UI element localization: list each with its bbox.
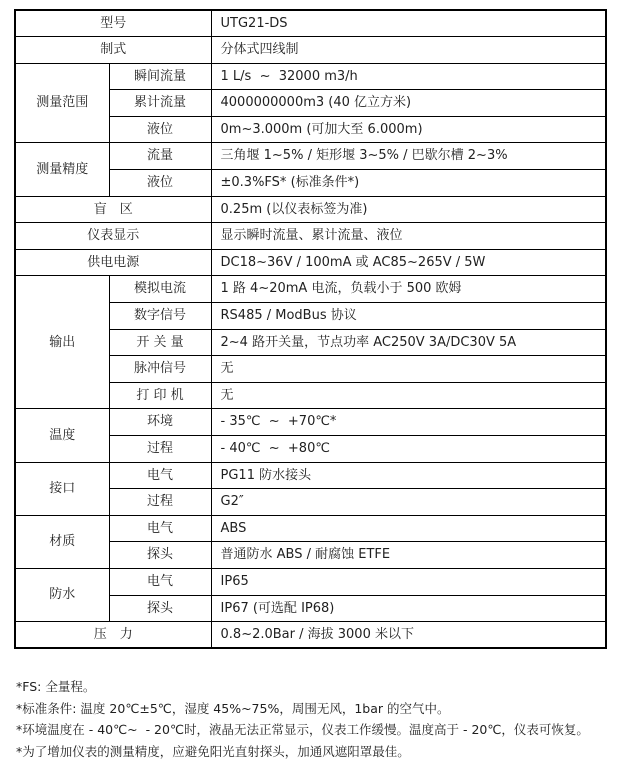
table-row: 盲 区0.25m (以仪表标签为准) — [15, 196, 606, 223]
table-row: 输出模拟电流1 路 4~20mA 电流，负载小于 500 欧姆 — [15, 276, 606, 303]
spec-value-cell: 分体式四线制 — [211, 37, 606, 64]
table-row: 接口电气PG11 防水接头 — [15, 462, 606, 489]
spec-value-cell: 普通防水 ABS / 耐腐蚀 ETFE — [211, 542, 606, 569]
spec-sheet: 型号UTG21-DS制式分体式四线制测量范围瞬间流量1 L/s ~ 32000 … — [0, 0, 623, 767]
spec-sub-label-cell: 环境 — [109, 409, 211, 436]
spec-group-label-cell: 输出 — [15, 276, 109, 409]
spec-sub-label-cell: 探头 — [109, 595, 211, 622]
spec-sub-label-cell: 过程 — [109, 489, 211, 516]
spec-group-label-cell: 防水 — [15, 568, 109, 621]
table-row: 仪表显示显示瞬时流量、累计流量、液位 — [15, 223, 606, 250]
spec-value-cell: 显示瞬时流量、累计流量、液位 — [211, 223, 606, 250]
spec-value-cell: - 35℃ ~ +70℃* — [211, 409, 606, 436]
spec-value-cell: UTG21-DS — [211, 10, 606, 37]
footnote-line: *环境温度在 - 40℃~ - 20℃时，液晶无法正常显示，仪表工作缓慢。温度高… — [16, 719, 616, 741]
table-row: 防水电气IP65 — [15, 568, 606, 595]
spec-group-label-cell: 温度 — [15, 409, 109, 462]
table-row: 温度环境- 35℃ ~ +70℃* — [15, 409, 606, 436]
table-row: 制式分体式四线制 — [15, 37, 606, 64]
spec-value-cell: 0m~3.000m (可加大至 6.000m) — [211, 116, 606, 143]
spec-value-cell: G2″ — [211, 489, 606, 516]
spec-value-cell: 三角堰 1~5% / 矩形堰 3~5% / 巴歇尔槽 2~3% — [211, 143, 606, 170]
spec-value-cell: IP67 (可选配 IP68) — [211, 595, 606, 622]
spec-sub-label-cell: 过程 — [109, 436, 211, 463]
spec-value-cell: ABS — [211, 515, 606, 542]
spec-sub-label-cell: 开 关 量 — [109, 329, 211, 356]
spec-value-cell: 0.8~2.0Bar / 海拔 3000 米以下 — [211, 622, 606, 649]
table-row: 材质电气ABS — [15, 515, 606, 542]
spec-sub-label-cell: 液位 — [109, 116, 211, 143]
table-row: 供电电源DC18~36V / 100mA 或 AC85~265V / 5W — [15, 249, 606, 276]
spec-group-label-cell: 测量范围 — [15, 63, 109, 143]
spec-label-cell: 盲 区 — [15, 196, 211, 223]
spec-value-cell: ±0.3%FS* (标准条件*) — [211, 170, 606, 197]
spec-value-cell: 0.25m (以仪表标签为准) — [211, 196, 606, 223]
spec-sub-label-cell: 模拟电流 — [109, 276, 211, 303]
spec-label-cell: 制式 — [15, 37, 211, 64]
footnote-line: *FS: 全量程。 — [16, 676, 616, 698]
table-row: 型号UTG21-DS — [15, 10, 606, 37]
spec-sub-label-cell: 液位 — [109, 170, 211, 197]
footnote-line: *标准条件: 温度 20℃±5℃，湿度 45%~75%，周围无风，1bar 的空… — [16, 698, 616, 720]
table-row: 压 力0.8~2.0Bar / 海拔 3000 米以下 — [15, 622, 606, 649]
spec-value-cell: IP65 — [211, 568, 606, 595]
spec-sub-label-cell: 电气 — [109, 462, 211, 489]
spec-table-body: 型号UTG21-DS制式分体式四线制测量范围瞬间流量1 L/s ~ 32000 … — [15, 10, 606, 648]
spec-table: 型号UTG21-DS制式分体式四线制测量范围瞬间流量1 L/s ~ 32000 … — [14, 9, 607, 649]
spec-value-cell: 4000000000m3 (40 亿立方米) — [211, 90, 606, 117]
spec-label-cell: 供电电源 — [15, 249, 211, 276]
spec-value-cell: 无 — [211, 382, 606, 409]
spec-group-label-cell: 材质 — [15, 515, 109, 568]
spec-sub-label-cell: 电气 — [109, 568, 211, 595]
spec-value-cell: - 40℃ ~ +80℃ — [211, 436, 606, 463]
footnote-line: *为了增加仪表的测量精度，应避免阳光直射探头，加通风遮阳罩最佳。 — [16, 741, 616, 763]
spec-group-label-cell: 接口 — [15, 462, 109, 515]
spec-sub-label-cell: 探头 — [109, 542, 211, 569]
spec-value-cell: DC18~36V / 100mA 或 AC85~265V / 5W — [211, 249, 606, 276]
table-row: 测量精度流量三角堰 1~5% / 矩形堰 3~5% / 巴歇尔槽 2~3% — [15, 143, 606, 170]
table-row: 测量范围瞬间流量1 L/s ~ 32000 m3/h — [15, 63, 606, 90]
spec-group-label-cell: 测量精度 — [15, 143, 109, 196]
footnotes: *FS: 全量程。*标准条件: 温度 20℃±5℃，湿度 45%~75%，周围无… — [16, 676, 616, 763]
spec-label-cell: 仪表显示 — [15, 223, 211, 250]
spec-label-cell: 压 力 — [15, 622, 211, 649]
spec-sub-label-cell: 流量 — [109, 143, 211, 170]
spec-value-cell: 1 L/s ~ 32000 m3/h — [211, 63, 606, 90]
spec-sub-label-cell: 累计流量 — [109, 90, 211, 117]
spec-sub-label-cell: 脉冲信号 — [109, 356, 211, 383]
spec-value-cell: 1 路 4~20mA 电流，负载小于 500 欧姆 — [211, 276, 606, 303]
spec-value-cell: PG11 防水接头 — [211, 462, 606, 489]
spec-sub-label-cell: 电气 — [109, 515, 211, 542]
spec-label-cell: 型号 — [15, 10, 211, 37]
spec-value-cell: 无 — [211, 356, 606, 383]
spec-sub-label-cell: 数字信号 — [109, 303, 211, 330]
spec-value-cell: 2~4 路开关量，节点功率 AC250V 3A/DC30V 5A — [211, 329, 606, 356]
spec-sub-label-cell: 打 印 机 — [109, 382, 211, 409]
spec-value-cell: RS485 / ModBus 协议 — [211, 303, 606, 330]
spec-sub-label-cell: 瞬间流量 — [109, 63, 211, 90]
